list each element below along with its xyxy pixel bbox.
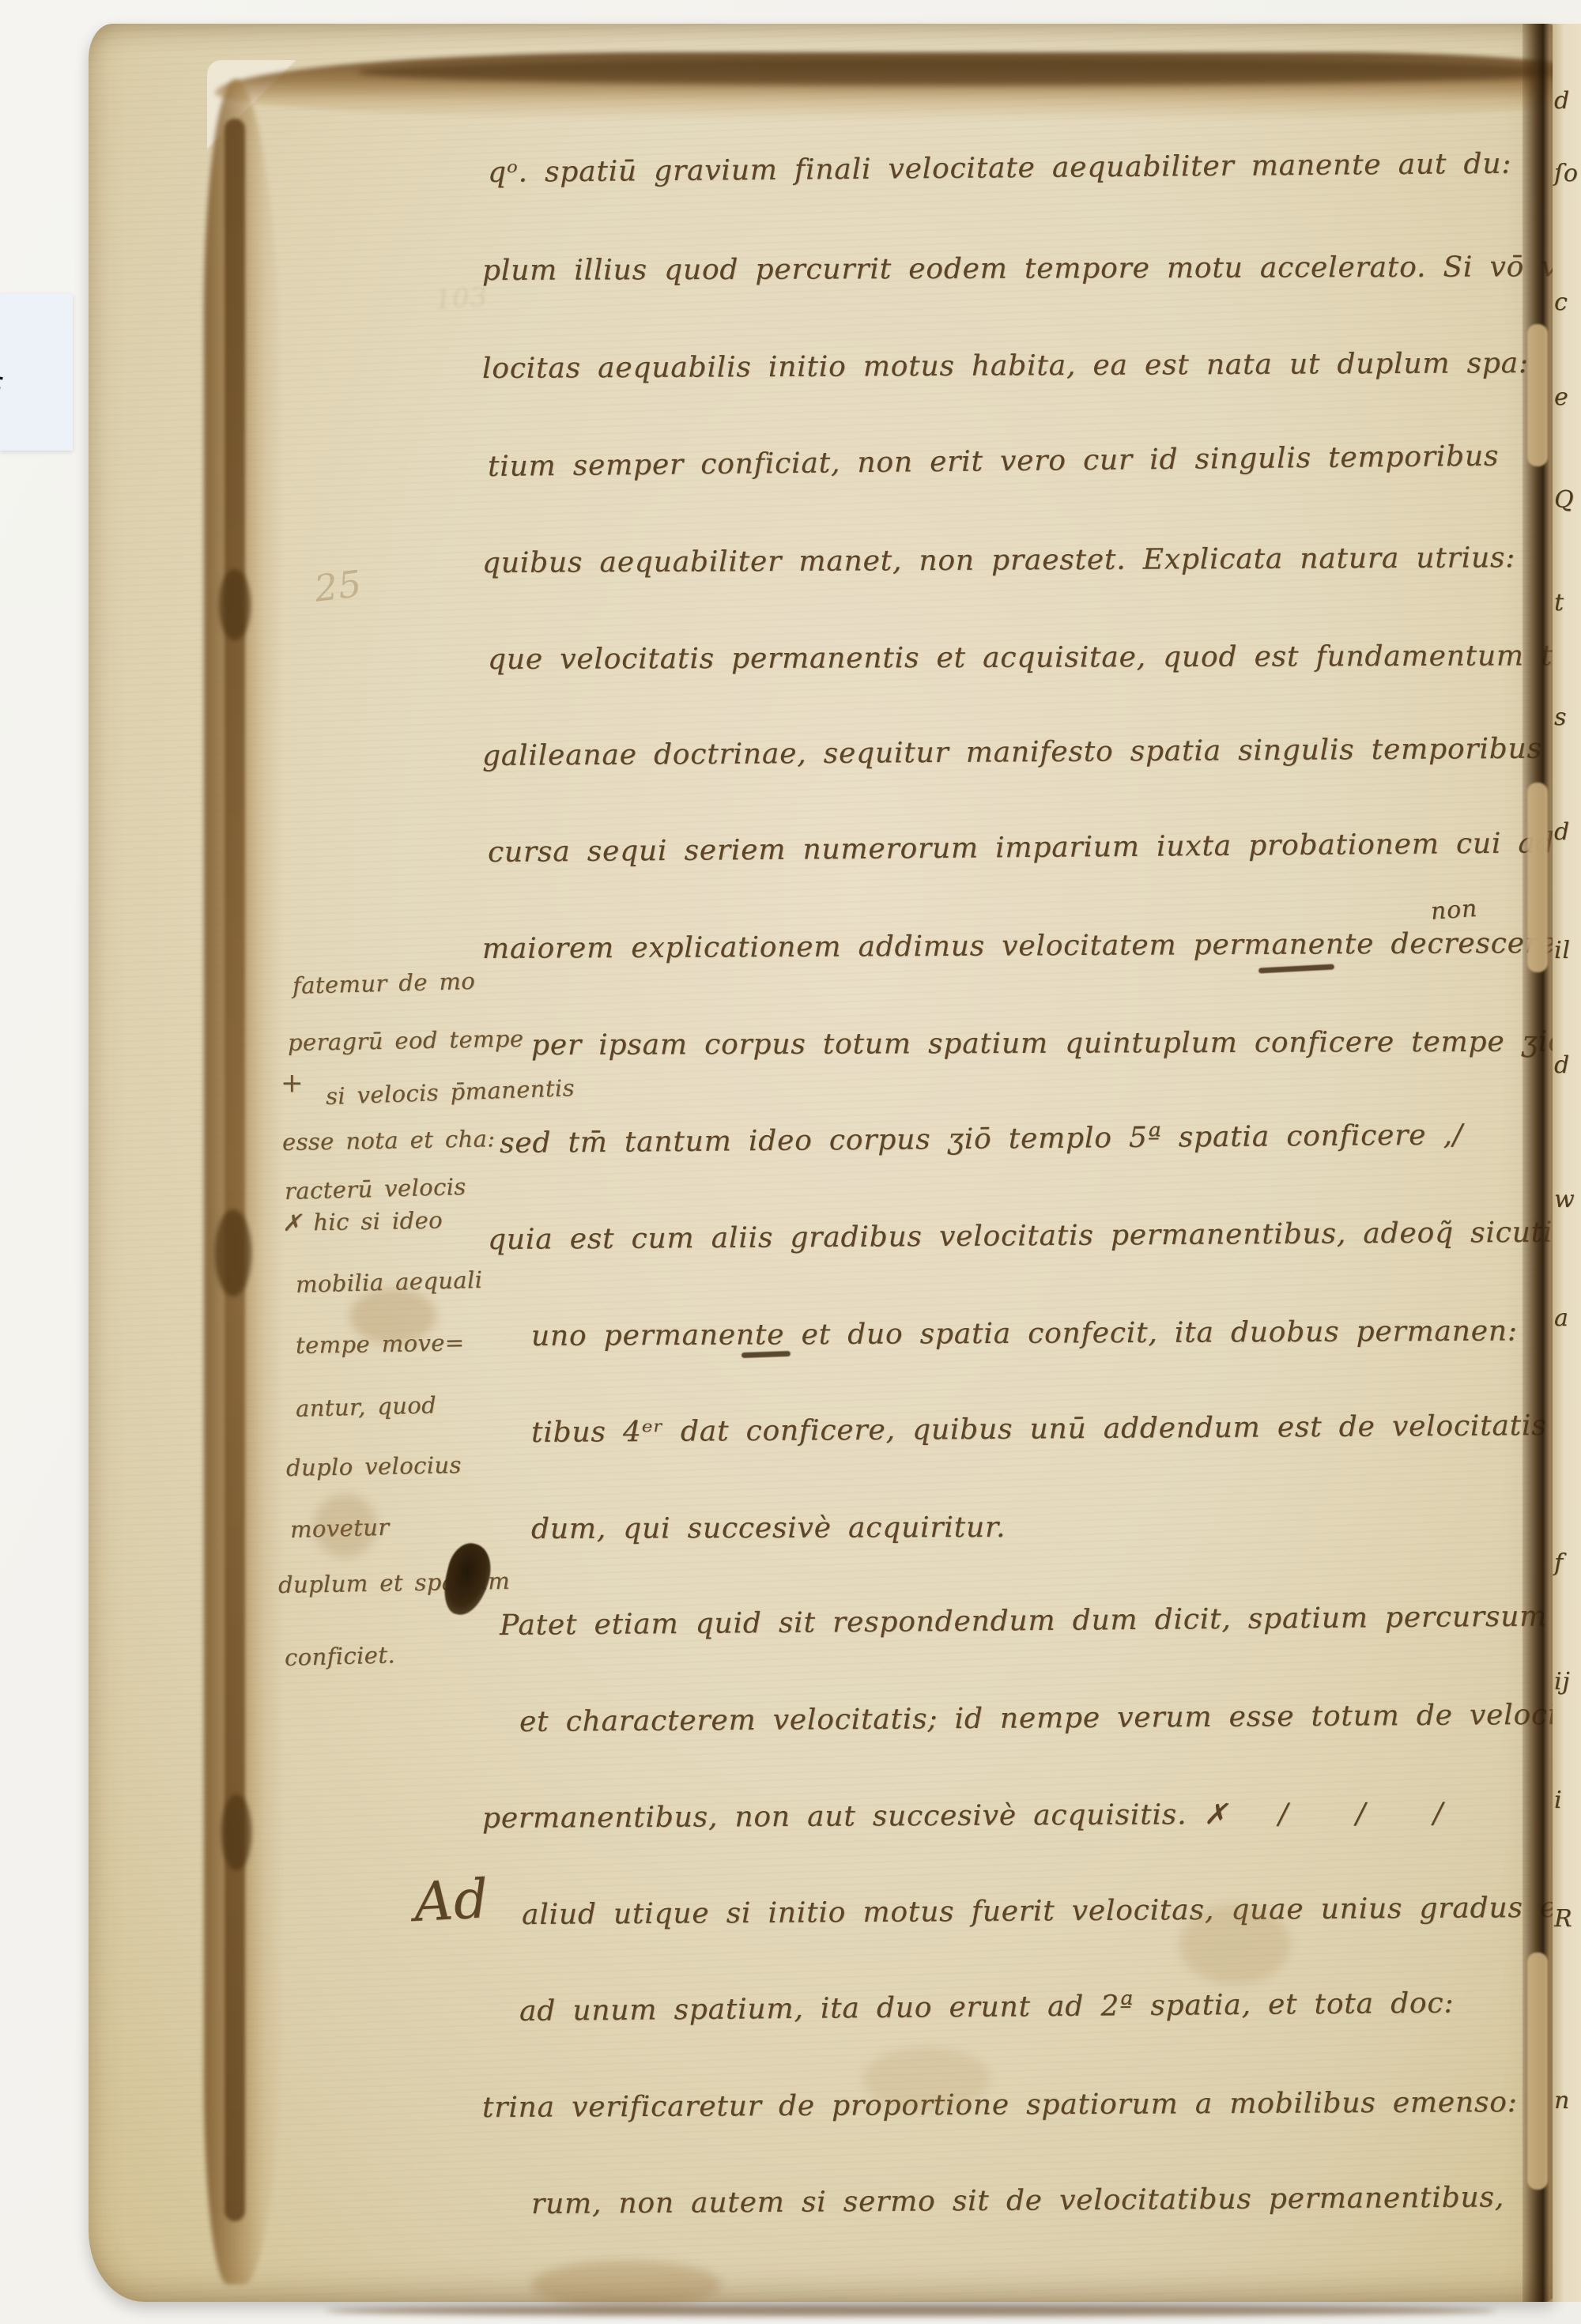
handwriting-fragment: a	[1554, 1304, 1569, 1332]
handwriting-fragment: t	[1554, 589, 1564, 617]
handwriting-fragment: ſo	[1554, 160, 1579, 187]
handwriting-fragment: ij	[1554, 1668, 1571, 1696]
stain	[1179, 1905, 1290, 1984]
margin-note-line: esse nota et cha:	[282, 1125, 496, 1156]
handwriting-fragment: il	[1554, 937, 1571, 964]
folio-number-faint: 25	[312, 562, 364, 610]
page-bottom-edge	[326, 2305, 1496, 2316]
text-line: Patet etiam quid sit respondendum dum di…	[500, 1599, 1581, 1642]
crease-tear	[1527, 783, 1548, 972]
manuscript-page: 25 103 qᵒ. spatiū gravium finali velocit…	[89, 24, 1556, 2302]
photo-backdrop: 25 103 qᵒ. spatiū gravium finali velocit…	[0, 0, 1581, 2324]
text-line: dum, qui succesivè acquiritur.	[531, 1511, 1006, 1545]
ink-blot	[438, 1539, 497, 1620]
text-line: que velocitatis permanentis et acquisita…	[488, 639, 1581, 676]
stain	[863, 2047, 990, 2111]
margin-note-line: antur, quod	[296, 1391, 437, 1422]
text-line: rum, non autem si sermo sit de velocitat…	[531, 2181, 1504, 2220]
interlinear-insertion: non	[1430, 895, 1478, 926]
adjacent-page-sliver: dſoceQtsdildwafijiRn	[1553, 24, 1581, 2302]
binding-knot	[221, 1794, 251, 1870]
label-partial-digit: 4	[0, 338, 10, 402]
binding-knot	[219, 569, 251, 640]
text-line: qᵒ. spatiū gravium finali velocitate aeq…	[488, 148, 1512, 189]
handwriting-fragment: n	[1554, 2087, 1570, 2115]
handwriting-fragment: f	[1554, 1549, 1564, 1577]
stain	[349, 1288, 436, 1344]
text-line: permanentibus, non aut succesivè acquisi…	[482, 1798, 1443, 1835]
text-line: per ipsam corpus totum spatium quintuplu…	[531, 1025, 1575, 1062]
page-top-edge-shadow	[357, 58, 1581, 85]
catalog-label: 4	[0, 294, 73, 451]
stain	[531, 2261, 721, 2308]
margin-note-line: ✗ hic si ideo	[282, 1206, 443, 1236]
text-line: sed tm̄ tantum ideo corpus ʒiō templo 5ª…	[500, 1119, 1463, 1160]
margin-note-line: racterū velocis	[285, 1173, 466, 1205]
handwriting-fragment: e	[1554, 383, 1569, 411]
handwriting-fragment: s	[1554, 704, 1567, 731]
text-line: trina verificaretur de proportione spati…	[482, 2086, 1518, 2124]
crease-tear	[1527, 1952, 1548, 2190]
handwriting-fragment: R	[1554, 1905, 1572, 1933]
strikethrough-mark	[1258, 964, 1334, 973]
margin-note-line: +	[281, 1067, 304, 1099]
text-line: aliud utique si initio motus fuerit velo…	[522, 1892, 1581, 1931]
handwriting-fragment: d	[1554, 818, 1570, 846]
margin-note-line: duplo velocius	[286, 1451, 462, 1481]
margin-note-line: peragrū eod tempe	[288, 1025, 524, 1056]
text-line: galileanae doctrinae, sequitur manifesto…	[482, 732, 1581, 772]
handwriting-fragment: d	[1554, 87, 1570, 115]
text-line: plum illius quod percurrit eodem tempore…	[482, 251, 1581, 287]
binding-knot	[215, 1209, 251, 1296]
paragraph-initial: Ad	[413, 1868, 490, 1934]
handwriting-fragment: c	[1554, 289, 1568, 316]
crease-tear	[1527, 324, 1548, 466]
margin-note-line: fatemur de mo	[292, 968, 476, 999]
bleedthrough-mark: 103	[434, 281, 489, 316]
text-line: ad unum spatium, ita duo erunt ad 2ª spa…	[519, 1987, 1455, 2028]
page-binding-edge	[225, 119, 245, 2221]
text-line: maiorem explicationem addimus velocitate…	[482, 926, 1581, 965]
stain	[314, 1494, 377, 1557]
handwriting-fragment: w	[1554, 1186, 1575, 1213]
margin-note-line: conficiet.	[285, 1641, 396, 1671]
text-line: locitas aequabilis initio motus habita, …	[482, 347, 1529, 385]
page-right-crease	[1523, 24, 1556, 2302]
text-line: quia est cum aliis gradibus velocitatis …	[488, 1217, 1553, 1256]
strikethrough-mark	[741, 1351, 790, 1358]
text-line: uno permanente et duo spatia confecit, i…	[531, 1315, 1518, 1353]
text-line: cursa sequi seriem numerorum imparium iu…	[488, 827, 1555, 869]
margin-note-line: si velocis p̄manentis	[325, 1074, 575, 1110]
text-line: et characterem velocitatis; id nempe ver…	[519, 1698, 1581, 1738]
handwriting-fragment: i	[1554, 1786, 1562, 1814]
handwriting-fragment: d	[1554, 1051, 1570, 1079]
text-line: quibus aequabiliter manet, non praestet.…	[482, 541, 1515, 579]
text-line: tium semper conficiat, non erit vero cur…	[488, 440, 1500, 483]
handwriting-fragment: Q	[1554, 486, 1574, 514]
text-line: tibus 4ᵉʳ dat conficere, quibus unū adde…	[531, 1409, 1581, 1449]
